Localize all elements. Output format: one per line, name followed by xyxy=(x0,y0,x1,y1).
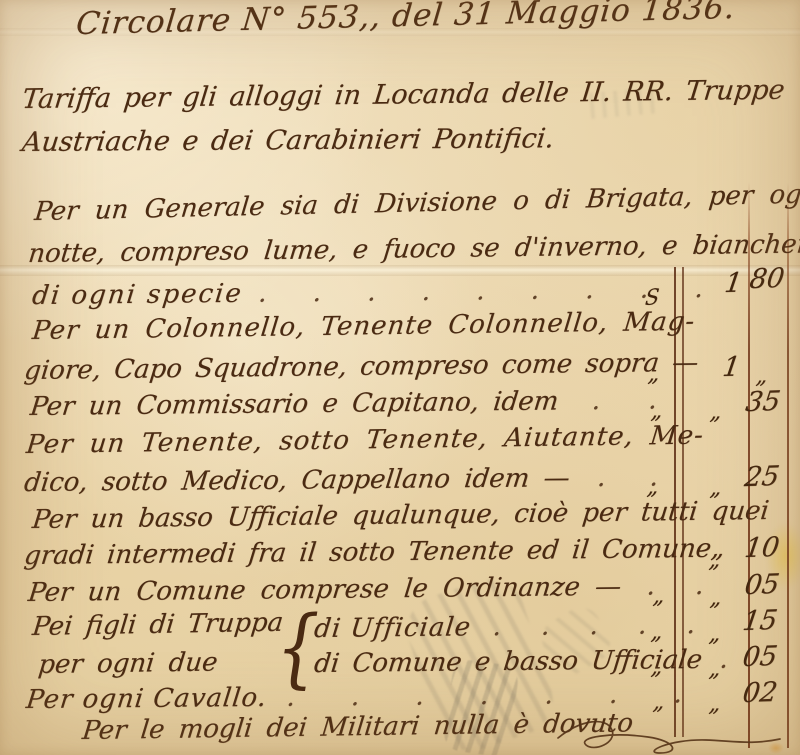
tariff-line: Per un Tenente, sotto Tenente, Aiutante,… xyxy=(25,421,706,461)
tariff-line: giore, Capo Squadrone, compreso come sop… xyxy=(23,348,700,386)
ditto-mark: „ xyxy=(651,584,666,610)
intro-line-2: Austriache e dei Carabinieri Pontifici. xyxy=(20,123,555,158)
brace-group-label-2: per ogni due xyxy=(37,647,219,680)
baiocchi-value: 15 xyxy=(741,605,780,637)
baiocchi-value: 05 xyxy=(743,569,782,601)
document-title: Circolare N° 553,, del 31 Maggio 1836. xyxy=(74,0,737,42)
tariff-line: Per un Commissario e Capitano, idem. . xyxy=(29,385,659,422)
leader-dots: . . xyxy=(591,385,659,416)
scudi-value: „ xyxy=(708,586,723,612)
baiocchi-value: 10 xyxy=(743,532,782,564)
pen-flourish xyxy=(556,712,786,755)
tariff-line-text: di ogni specie xyxy=(31,279,245,311)
baiocchi-value: 25 xyxy=(743,461,782,493)
tariff-line-text: di Comune e basso Ufficiale xyxy=(313,645,704,679)
scudi-value: „ xyxy=(707,548,722,574)
tariff-line: Per un basso Ufficiale qualunque, cioè p… xyxy=(31,496,771,535)
ditto-mark: „ xyxy=(646,362,661,388)
tariff-line: Per un Colonnello, Tenente Colonnello, M… xyxy=(31,307,697,346)
scudi-value: 1 xyxy=(723,267,745,299)
baiocchi-value: 80 xyxy=(748,263,787,295)
tariff-line: Per un Comune comprese le Ordinanze —. . xyxy=(27,571,706,608)
ditto-mark: „ xyxy=(645,475,660,501)
scudi-value: „ xyxy=(707,622,722,648)
ditto-mark: „ xyxy=(649,655,664,681)
tariff-line: di Comune e basso Ufficiale. xyxy=(313,645,730,679)
brace-group-label-1: Pei figli di Truppa xyxy=(31,608,285,642)
leader-dots: . . . . . xyxy=(491,610,698,642)
tariff-line: di ogni specie. . . . . . . . . xyxy=(31,274,705,311)
tariff-line: notte, compreso lume, e fuoco se d'inver… xyxy=(27,229,800,269)
scudi-value: „ xyxy=(707,657,722,683)
baiocchi-value: 35 xyxy=(744,386,783,418)
tariff-line-text: di Ufficiale xyxy=(313,612,473,644)
footer-line: Per le mogli dei Militari nulla è dovuto xyxy=(81,708,635,746)
baiocchi-value: 02 xyxy=(741,677,780,709)
leader-dots: . . . . . . . . . xyxy=(257,274,705,309)
scudi-value: „ xyxy=(708,400,723,426)
ditto-mark: „ xyxy=(649,620,664,646)
tariff-line: dico, sotto Medico, Cappellano idem —. . xyxy=(23,462,661,498)
tariff-line-text: Per un Commissario e Capitano, idem xyxy=(29,386,560,422)
manuscript-page: Circolare N° 553,, del 31 Maggio 1836. T… xyxy=(0,0,800,755)
tariff-line: gradi intermedi fra il sotto Tenente ed … xyxy=(23,534,727,571)
tariff-line-text: Per ogni Cavallo. xyxy=(25,683,269,715)
intro-line-1: Tariffa per gli alloggi in Locanda delle… xyxy=(21,75,787,115)
scudi-value: 1 xyxy=(721,351,743,383)
tariff-line: di Ufficiale. . . . . xyxy=(313,610,699,644)
tariff-line-text: dico, sotto Medico, Cappellano idem — xyxy=(23,463,572,498)
column-rule-baiocchi xyxy=(787,182,789,748)
tariff-line-text: Per un Comune comprese le Ordinanze — xyxy=(27,572,623,608)
baiocchi-value: 05 xyxy=(741,641,780,673)
tariff-line: Per un Generale sia di Divisione o di Br… xyxy=(33,179,800,227)
